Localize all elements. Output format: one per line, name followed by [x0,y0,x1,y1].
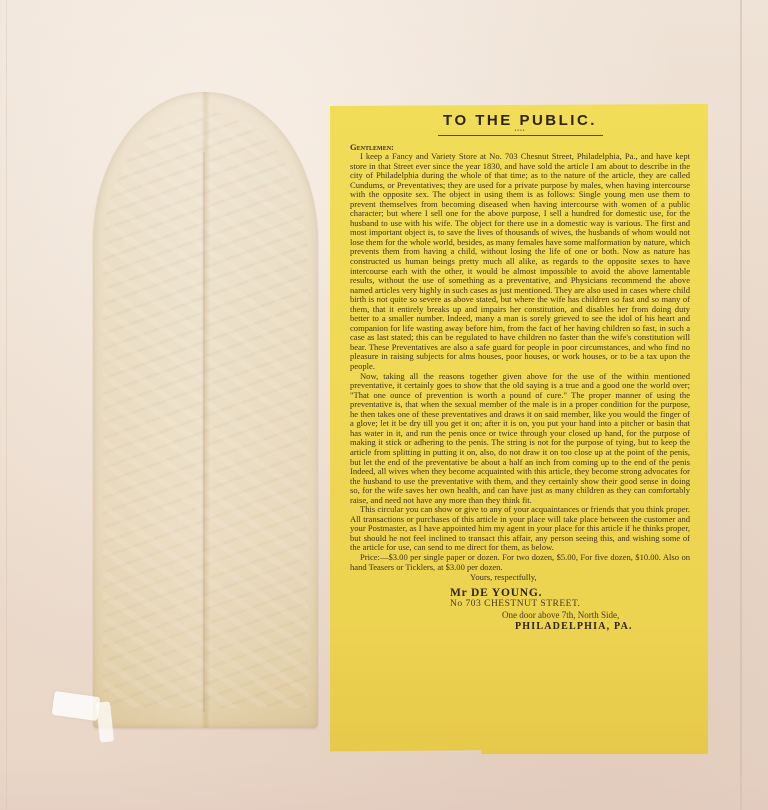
title-divider [438,135,603,136]
paragraph-intro: I keep a Fancy and Variety Store at No. … [350,152,690,372]
signature-city: PHILADELPHIA, PA. [350,621,690,633]
bottom-vignette [0,760,768,810]
mount-frame-edge-left [6,0,7,810]
artifact-membrane [93,92,318,728]
artifact-fold-crease [203,152,205,712]
closing: Yours, respectfully, [350,572,690,582]
mount-frame-edge-right [740,0,742,810]
handbill-title: TO THE PUBLIC. [350,112,690,129]
signature-detail: One door above 7th, North Side, [350,610,690,621]
condom-artifact [93,92,323,732]
paragraph-usage: Now, taking all the reasons together giv… [350,372,690,506]
paragraph-price: Price:—$3.00 per single paper or dozen. … [350,553,690,572]
signature-name: Mr DE YOUNG. [350,587,690,599]
handbill-body: I keep a Fancy and Variety Store at No. … [350,152,690,572]
signature-address: No 703 CHESTNUT STREET. [350,599,690,610]
handbill-to-the-public: TO THE PUBLIC. Gentlemen: I keep a Fancy… [330,104,708,754]
paragraph-circular: This circular you can show or give to an… [350,505,690,553]
